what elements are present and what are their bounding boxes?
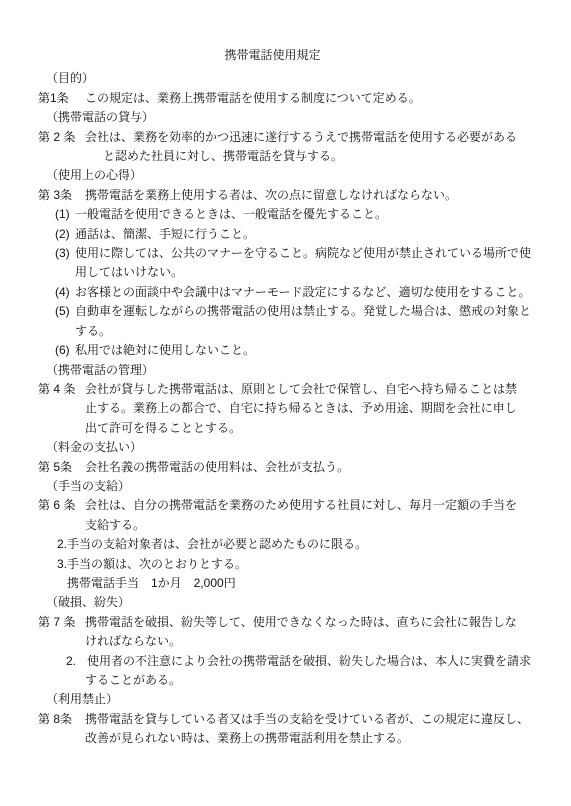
document-line: 改善が見られない時は、業務上の携帯電話利用を禁止する。 [0,729,571,748]
line-label: 2. [66,652,87,671]
line-text: と認めた社員に対し、携帯電話を貸与する。 [103,149,343,163]
line-text: 3.手当の額は、次のとおりとする。 [57,557,247,571]
line-text: 自動車を運転しながらの携帯電話の使用は禁止する。発覚した場合は、懲戒の対象と [75,304,531,318]
document-line: することがある。 [0,671,571,690]
line-label: (4) [55,283,75,302]
document-line: 支給する。 [0,516,571,535]
line-text: （破損、紛失） [46,595,130,609]
line-text: お客様との面談中や会議中はマナーモード設定にするなど、適切な使用をすること。 [75,285,531,299]
document-line: ければならない。 [0,632,571,651]
line-label: 第 4 条 [38,380,85,399]
line-label: (1) [55,205,75,224]
document-line: 第 6 条会社は、自分の携帯電話を業務のため使用する社員に対し、毎月一定額の手当… [0,496,571,515]
line-label: 第 3条 [38,186,85,205]
line-text: する。 [75,324,111,338]
line-text: 使用者の不注意により会社の携帯電話を破損、紛失した場合は、本人に実費を請求 [87,654,531,668]
document-line: (5)自動車を運転しながらの携帯電話の使用は禁止する。発覚した場合は、懲戒の対象… [0,302,571,321]
document-line: 出て許可を得ることとする。 [0,419,571,438]
section-heading: （料金の支払い） [0,438,571,457]
line-label: 第 7 条 [38,613,85,632]
line-text: 止する。業務上の都合で、自宅に持ち帰るときは、予め用途、期間を会社に申し [85,401,517,415]
line-text: （携帯電話の管理） [46,363,154,377]
line-text: （携帯電話の貸与） [46,110,154,124]
line-label: (2) [55,225,75,244]
line-text: 会社が貸与した携帯電話は、原則として会社で保管し、自宅へ持ち帰ることは禁 [85,382,517,396]
document-line: 2.使用者の不注意により会社の携帯電話を破損、紛失した場合は、本人に実費を請求 [0,652,571,671]
document-line: 第1条この規定は、業務上携帯電話を使用する制度について定める。 [0,89,571,108]
document-line: 第 2 条会社は、業務を効率的かつ迅速に遂行するうえで携帯電話を使用する必要があ… [0,128,571,147]
line-text: 通話は、簡潔、手短に行うこと。 [75,227,255,241]
line-text: この規定は、業務上携帯電話を使用する制度について定める。 [85,91,421,105]
line-label: 第 8条 [38,710,85,729]
line-text: 2.手当の支給対象者は、会社が必要と認めたものに限る。 [57,537,367,551]
line-text: （目的） [46,71,94,85]
document-line: (2)通話は、簡潔、手短に行うこと。 [0,225,571,244]
section-heading: （携帯電話の貸与） [0,108,571,127]
line-label: 第 5条 [38,458,85,477]
section-heading: （利用禁止） [0,690,571,709]
line-text: 会社は、業務を効率的かつ迅速に遂行するうえで携帯電話を使用する必要がある [85,130,517,144]
line-label: 第 6 条 [38,496,85,515]
document-line: 第 7 条携帯電話を破損、紛失等して、使用できなくなった時は、直ちに会社に報告し… [0,613,571,632]
line-text: 一般電話を使用できるときは、一般電話を優先すること。 [75,207,387,221]
line-text: 用してはいけない。 [75,265,183,279]
document-body: （目的）第1条この規定は、業務上携帯電話を使用する制度について定める。（携帯電話… [0,69,571,748]
line-text: （使用上の心得） [46,168,142,182]
line-text: （利用禁止） [46,692,118,706]
section-heading: （手当の支給） [0,477,571,496]
line-label: (3) [55,244,75,263]
document-line: 3.手当の額は、次のとおりとする。 [0,555,571,574]
document-page: 携帯電話使用規定 （目的）第1条この規定は、業務上携帯電話を使用する制度について… [0,0,571,806]
line-text: 携帯電話を破損、紛失等して、使用できなくなった時は、直ちに会社に報告しな [85,615,517,629]
document-line: (1)一般電話を使用できるときは、一般電話を優先すること。 [0,205,571,224]
document-line: 止する。業務上の都合で、自宅に持ち帰るときは、予め用途、期間を会社に申し [0,399,571,418]
section-heading: （携帯電話の管理） [0,361,571,380]
section-heading: （使用上の心得） [0,166,571,185]
line-text: 携帯電話を貸与している者又は手当の支給を受けている者が、この規定に違反し、 [85,712,529,726]
document-line: (3)使用に際しては、公共のマナーを守ること。病院など使用が禁止されている場所で… [0,244,571,263]
document-line: 用してはいけない。 [0,263,571,282]
line-text: 出て許可を得ることとする。 [85,421,241,435]
document-line: 第 8条携帯電話を貸与している者又は手当の支給を受けている者が、この規定に違反し… [0,710,571,729]
line-text: ければならない。 [85,634,181,648]
document-line: (4)お客様との面談中や会議中はマナーモード設定にするなど、適切な使用をすること… [0,283,571,302]
document-line: 2.手当の支給対象者は、会社が必要と認めたものに限る。 [0,535,571,554]
document-line: (6)私用では絶対に使用しないこと。 [0,341,571,360]
document-line: 第 4 条会社が貸与した携帯電話は、原則として会社で保管し、自宅へ持ち帰ることは… [0,380,571,399]
line-text: 使用に際しては、公共のマナーを守ること。病院など使用が禁止されている場所で使 [75,246,531,260]
line-text: 会社は、自分の携帯電話を業務のため使用する社員に対し、毎月一定額の手当を [85,498,517,512]
line-label: (5) [55,302,75,321]
line-text: 私用では絶対に使用しないこと。 [75,343,255,357]
line-text: 改善が見られない時は、業務上の携帯電話利用を禁止する。 [85,731,409,745]
document-line: 携帯電話手当 1か月 2,000円 [0,574,571,593]
line-text: 会社名義の携帯電話の使用料は、会社が支払う。 [85,460,349,474]
document-line: 第 5条会社名義の携帯電話の使用料は、会社が支払う。 [0,458,571,477]
line-text: （料金の支払い） [46,440,142,454]
line-label: 第1条 [38,89,85,108]
document-line: と認めた社員に対し、携帯電話を貸与する。 [0,147,571,166]
section-heading: （目的） [0,69,571,88]
line-text: することがある。 [85,673,181,687]
line-text: 支給する。 [85,518,145,532]
document-line: 第 3条携帯電話を業務上使用する者は、次の点に留意しなければならない。 [0,186,571,205]
line-text: 携帯電話を業務上使用する者は、次の点に留意しなければならない。 [85,188,457,202]
line-label: 第 2 条 [38,128,85,147]
document-title: 携帯電話使用規定 [0,46,545,65]
line-label: (6) [55,341,75,360]
section-heading: （破損、紛失） [0,593,571,612]
document-line: する。 [0,322,571,341]
line-text: （手当の支給） [46,479,130,493]
line-text: 携帯電話手当 1か月 2,000円 [67,576,236,590]
